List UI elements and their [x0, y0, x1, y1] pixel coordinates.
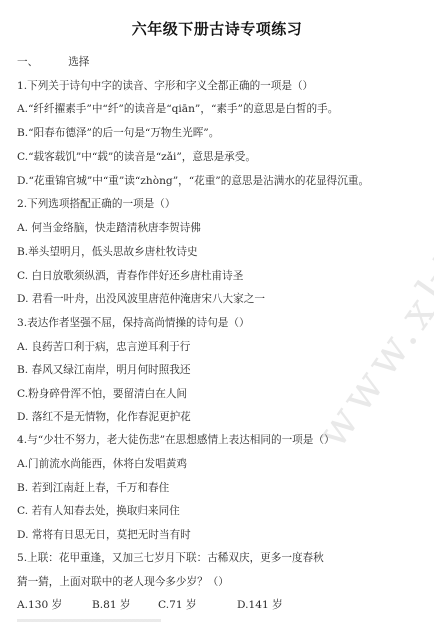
question-2-stem: 2.下列选项搭配正确的一项是（） — [17, 197, 175, 211]
question-2-option-d: D. 君看一叶舟，出没风波里唐范仲淹唐宋八大家之一 — [17, 292, 265, 306]
question-2-option-a: A. 何当金络脑，快走踏清秋唐李贺诗佛 — [17, 221, 201, 235]
question-5-stem-continued: 猜一猜，上面对联中的老人现今多少岁？（） — [17, 575, 229, 589]
section-label: 选择 — [68, 56, 89, 68]
question-4-option-c: C. 若有人知春去处，换取归来同住 — [17, 504, 180, 518]
cut-off-next-line — [17, 614, 257, 622]
question-1-option-c: C.“载客载饥”中“载”的读音是“zǎi”，意思是承受。 — [17, 150, 256, 164]
question-3-option-a: A. 良药苦口利于病，忠言逆耳利于行 — [17, 340, 190, 354]
question-1-option-d: D.“花重锦官城”中“重”读“zhòng”，“花重”的意思是沾满水的花显得沉重。 — [17, 174, 369, 188]
page-title: 六年级下册古诗专项练习 — [0, 18, 434, 39]
question-3-option-c: C.粉身碎骨浑不怕，要留清白在人间 — [17, 387, 187, 401]
question-5-option-d: D.141 岁 — [237, 598, 283, 612]
question-1-option-b: B.“阳春布德泽”的后一句是“万物生光晖”。 — [17, 126, 219, 140]
question-3-option-d: D. 落红不是无情物，化作春泥更护花 — [17, 410, 191, 424]
question-4-option-d: D. 常将有日思无日，莫把无时当有时 — [17, 528, 191, 542]
question-5-option-a: A.130 岁 — [17, 598, 92, 612]
question-1-option-a: A.“纤纤擢素手”中“纤”的读音是“qiān”，“素手”的意思是白皙的手。 — [17, 102, 338, 116]
question-5-stem: 5.上联：花甲重逢，又加三七岁月下联：古稀双庆，更多一度春秋 — [17, 551, 324, 565]
question-4-option-a: A.门前流水尚能西，休将白发唱黄鸡 — [17, 457, 187, 471]
section-number: 一、 — [17, 56, 38, 68]
question-4-option-b: B. 若到江南赶上春，千万和春住 — [17, 481, 169, 495]
section-heading: 一、选择 — [17, 55, 89, 69]
question-1-stem: 1.下列关于诗句中字的读音、字形和字义全都正确的一项是（） — [17, 79, 313, 93]
question-3-option-b: B. 春风又绿江南岸，明月何时照我还 — [17, 363, 190, 377]
question-5-option-b: B.81 岁 — [92, 598, 158, 612]
question-5-option-c: C.71 岁 — [158, 598, 237, 612]
question-4-stem: 4.与“少壮不努力，老大徒伤悲”在思想感情上表达相同的一项是（） — [17, 433, 335, 447]
question-3-stem: 3.表达作者坚强不屈，保持高尚情操的诗句是（） — [17, 316, 250, 330]
question-2-option-b: B.举头望明月，低头思故乡唐杜牧诗史 — [17, 245, 198, 259]
watermark: www.xkb1.com — [306, 94, 434, 458]
question-5-options: A.130 岁B.81 岁C.71 岁D.141 岁 — [17, 598, 283, 612]
question-2-option-c: C. 白日放歌须纵酒，青春作伴好还乡唐杜甫诗圣 — [17, 269, 243, 283]
